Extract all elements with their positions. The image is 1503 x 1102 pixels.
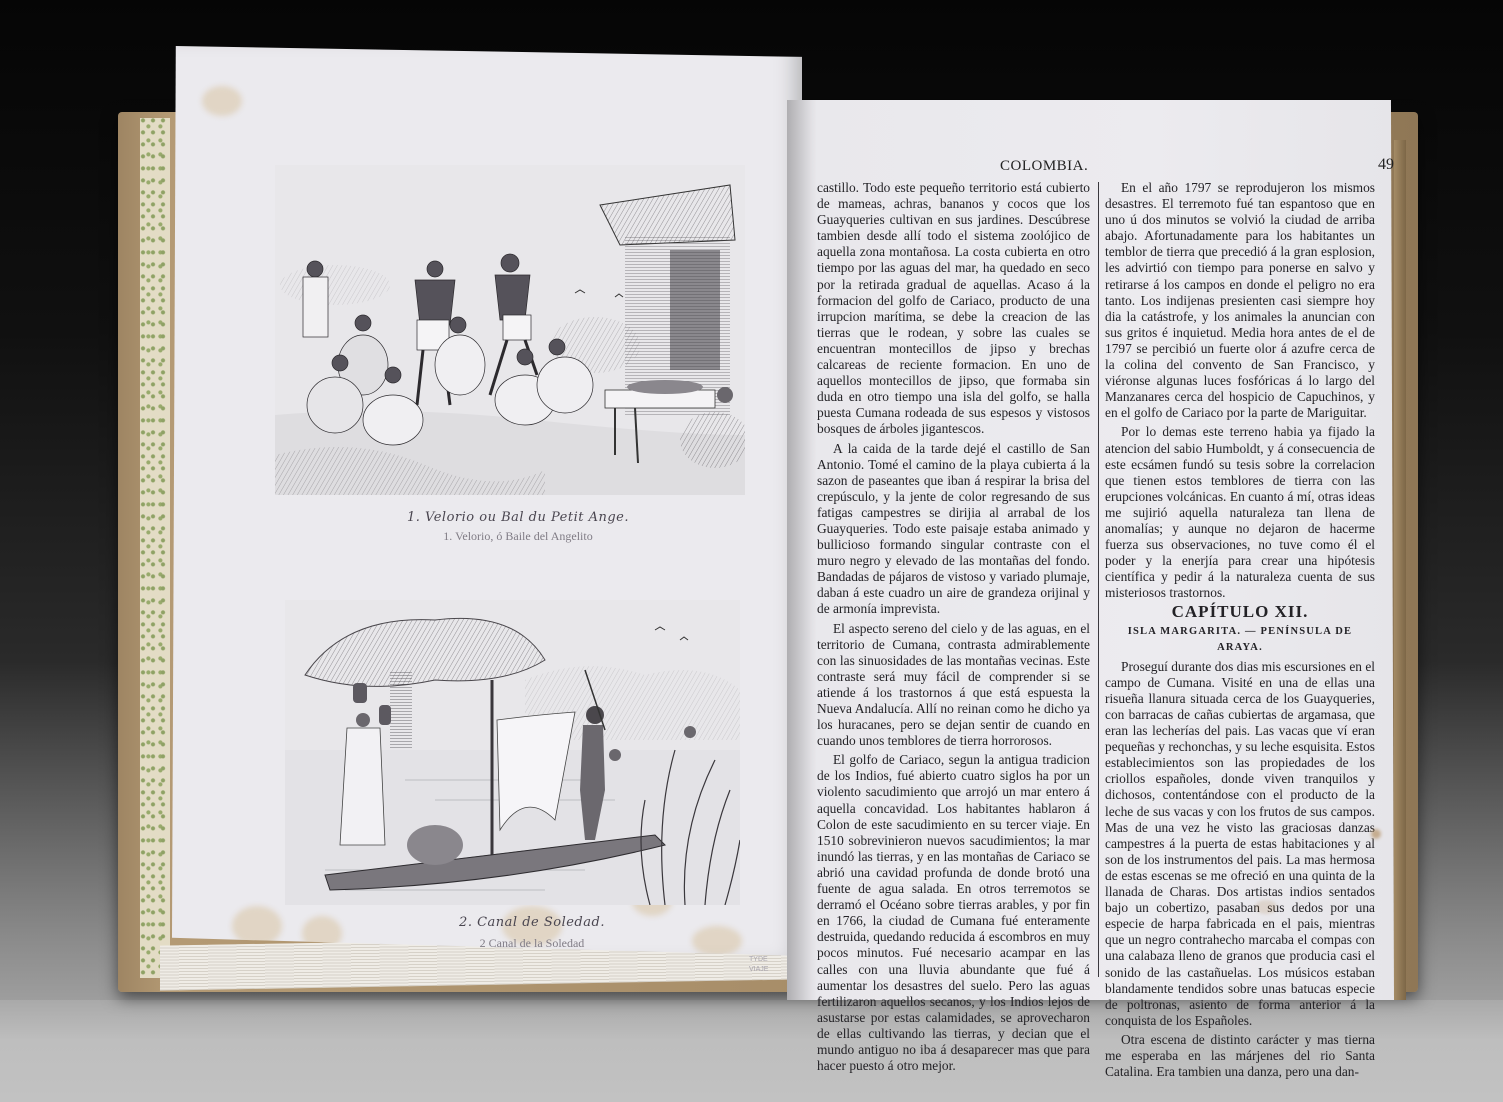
- paragraph: Otra escena de distinto carácter y mas t…: [1105, 1032, 1375, 1080]
- engraving-velorio: [275, 165, 745, 495]
- paragraph: El golfo de Cariaco, segun la antigua tr…: [817, 752, 1090, 1074]
- page-number: 49: [1378, 156, 1394, 174]
- chapter-title: CAPÍTULO XII.: [1105, 604, 1375, 620]
- paragraph: En el año 1797 se reprodujeron los mismo…: [1105, 180, 1375, 421]
- paragraph: Proseguí durante dos dias mis escursione…: [1105, 659, 1375, 1029]
- decorative-endpaper: [140, 118, 170, 978]
- ink-stain: [1371, 829, 1381, 839]
- plate-mark: TYDE VIAJE: [749, 955, 768, 975]
- column-divider: [1098, 182, 1099, 977]
- engraving-canal-illustration: [285, 600, 740, 905]
- text-column-right: En el año 1797 se reprodujeron los mismo…: [1105, 180, 1375, 1080]
- gutter-shadow: [787, 100, 817, 1000]
- book-cover-edge: [1394, 140, 1406, 1000]
- text-column-left: castillo. Todo este pequeño territorio e…: [817, 180, 1090, 1074]
- plate-mark-line: VIAJE: [749, 965, 768, 975]
- paragraph: Por lo demas este terreno habia ya fijad…: [1105, 424, 1375, 601]
- paragraph: A la caida de la tarde dejé el castillo …: [817, 441, 1090, 618]
- foxing-stain: [202, 86, 242, 116]
- ink-stain: [1255, 900, 1277, 914]
- plate-mark-line: TYDE: [749, 955, 768, 965]
- paragraph: castillo. Todo este pequeño territorio e…: [817, 180, 1090, 438]
- plate-1-caption-french: 1. Velorio ou Bal du Petit Ange.: [318, 510, 718, 525]
- paragraph: El aspecto sereno del cielo y de las agu…: [817, 621, 1090, 750]
- chapter-subtitle: ISLA MARGARITA. — PENÍNSULA DE ARAYA.: [1105, 624, 1375, 656]
- plate-2-caption-spanish: 2 Canal de la Soledad: [332, 936, 732, 951]
- plate-1-caption-spanish: 1. Velorio, ó Baile del Angelito: [318, 529, 718, 544]
- plate-2-caption-french: 2. Canal de Soledad.: [332, 915, 732, 930]
- engraving-canal-soledad: [285, 600, 740, 905]
- running-head: COLOMBIA.: [1000, 158, 1088, 175]
- engraving-velorio-illustration: [275, 165, 745, 495]
